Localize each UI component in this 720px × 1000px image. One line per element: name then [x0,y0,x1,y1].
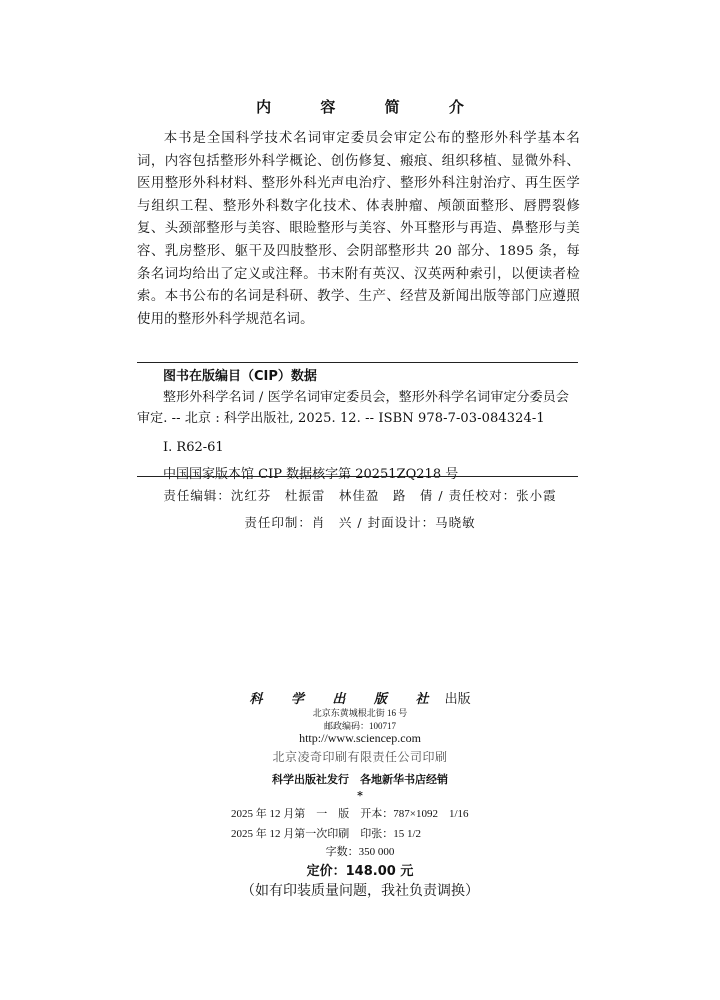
intro-title: 内 容 简 介 [0,96,720,117]
publisher-url: http://www.sciencep.com [0,731,720,746]
distribution-line: 科学出版社发行 各地新华书店经销 [0,771,720,787]
production-credits: 责任印制：肖 兴 / 封面设计：马晓敏 [0,513,720,531]
cip-block: 图书在版编目（CIP）数据 整形外科学名词 / 医学名词审定委员会，整形外科学名… [137,366,580,485]
intro-paragraph: 本书是全国科学技术名词审定委员会审定公布的整形外科学基本名词，内容包括整形外科学… [137,128,580,331]
editor-credits: 责任编辑：沈红芬 杜振雷 林佳盈 路 倩 / 责任校对：张小霞 [0,486,720,504]
edition-line: 2025 年 12 月第 一 版 开本：787×1092 1/16 [0,805,720,821]
cip-description: 整形外科学名词 / 医学名词审定委员会，整形外科学名词审定分委员会审定. -- … [137,387,580,429]
publisher-suffix: 出版 [445,692,471,707]
intro-section: 本书是全国科学技术名词审定委员会审定公布的整形外科学基本名词，内容包括整形外科学… [137,128,580,331]
quality-notice: （如有印装质量问题，我社负责调换） [0,880,720,900]
cip-record-number: 中国国家版本馆 CIP 数据核字第 20251ZQ218 号 [137,464,580,485]
publisher-address: 北京东黄城根北街 16 号 [0,706,720,719]
publisher-name: 科 学 出 版 社 [249,692,440,707]
cip-classification: Ⅰ. R62-61 [137,437,580,458]
cip-heading: 图书在版编目（CIP）数据 [137,366,580,387]
edition-text: 2025 年 12 月第 一 版 开本：787×1092 1/16 [231,805,489,821]
printer-line: 北京凌奇印刷有限责任公司印刷 [0,748,720,765]
price: 定价：148.00 元 [0,860,720,879]
publisher-name-line: 科 学 出 版 社 出版 [0,688,720,707]
printing-line: 2025 年 12 月第一次印刷 印张：15 1/2 [0,825,720,841]
printing-text: 2025 年 12 月第一次印刷 印张：15 1/2 [231,825,489,841]
separator-asterisk: * [0,789,720,802]
cip-top-divider [137,362,578,363]
cip-bottom-divider [137,476,578,477]
copyright-page: 内 容 简 介 本书是全国科学技术名词审定委员会审定公布的整形外科学基本名词，内… [0,0,720,1000]
word-count: 字数：350 000 [0,843,720,859]
